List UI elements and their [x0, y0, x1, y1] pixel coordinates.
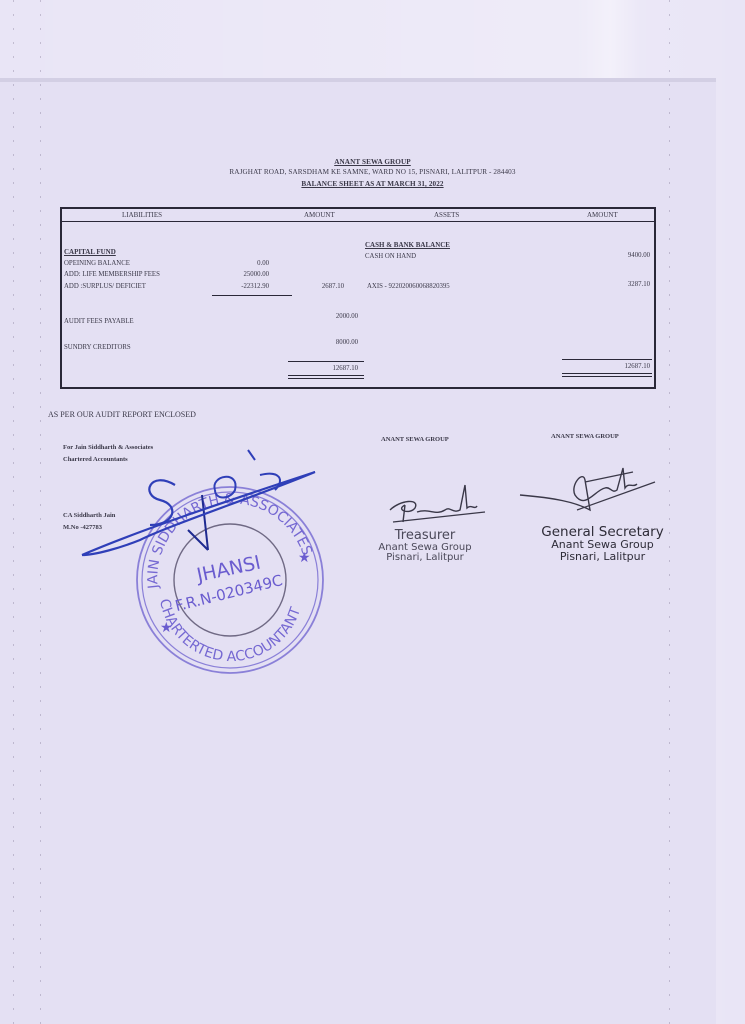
scan-edge-dots	[13, 0, 14, 1024]
opening-balance-label: OPEINING BALANCE	[64, 260, 130, 267]
secretary-title: General Secretary	[535, 525, 670, 539]
total-topline-left	[288, 361, 364, 362]
treasurer-line3: Pisnari, Lalitpur	[370, 553, 480, 564]
scan-edge-dots	[669, 0, 670, 1024]
membership-label: ADD: LIFE MEMBERSHIP FEES	[64, 271, 160, 278]
capital-fund-total: 2687.10	[302, 283, 344, 290]
capital-fund-title: CAPITAL FUND	[64, 248, 116, 256]
header-liabilities: LIABILITIES	[122, 211, 162, 219]
audit-fees-label: AUDIT FEES PAYABLE	[64, 318, 134, 325]
treasurer-stamp-label: Treasurer Anant Sewa Group Pisnari, Lali…	[370, 529, 480, 564]
audit-fees-value: 2000.00	[302, 313, 358, 320]
sundry-creditors-value: 8000.00	[302, 339, 358, 346]
total-double-underline-left	[288, 375, 364, 379]
treasurer-title: Treasurer	[370, 529, 480, 543]
cash-on-hand-value: 9400.00	[582, 252, 650, 259]
secretary-org: ANANT SEWA GROUP	[551, 433, 619, 440]
subtotal-underline	[212, 295, 292, 296]
opening-balance-value: 0.00	[212, 260, 269, 267]
scan-edge-dots	[40, 0, 41, 1024]
header-assets: ASSETS	[434, 211, 459, 219]
balance-sheet-table: LIABILITIES AMOUNT ASSETS AMOUNT CAPITAL…	[60, 207, 656, 389]
axis-bank-label: AXIS - 922020060068820395	[367, 283, 450, 290]
org-title: ANANT SEWA GROUP	[0, 158, 745, 166]
surplus-label: ADD :SURPLUS/ DEFICIET	[64, 283, 146, 290]
membership-value: 25000.00	[212, 271, 269, 278]
treasurer-signature	[385, 480, 495, 530]
assets-total: 12687.10	[582, 363, 650, 370]
total-double-underline-right	[562, 373, 652, 377]
secretary-line2: Anant Sewa Group	[535, 539, 670, 551]
document-subtitle: BALANCE SHEET AS AT MARCH 31, 2022	[0, 180, 745, 188]
org-address: RAJGHAT ROAD, SARSDHAM KE SAMNE, WARD NO…	[0, 168, 745, 176]
audit-note: AS PER OUR AUDIT REPORT ENCLOSED	[48, 410, 196, 419]
sundry-creditors-label: SUNDRY CREDITORS	[64, 344, 131, 351]
stamp-star-icon: ★	[160, 621, 173, 636]
cash-bank-title: CASH & BANK BALANCE	[365, 241, 450, 249]
secretary-stamp-label: General Secretary Anant Sewa Group Pisna…	[535, 525, 670, 562]
treasurer-org: ANANT SEWA GROUP	[381, 436, 449, 443]
secretary-signature	[515, 460, 665, 520]
surplus-value: -22312.90	[212, 283, 269, 290]
auditor-signature	[80, 440, 330, 570]
secretary-line3: Pisnari, Lalitpur	[535, 551, 670, 563]
header-liab-amount: AMOUNT	[304, 211, 335, 219]
liabilities-total: 12687.10	[302, 365, 358, 372]
cash-on-hand-label: CASH ON HAND	[365, 253, 416, 260]
axis-bank-value: 3287.10	[582, 281, 650, 288]
table-header-row: LIABILITIES AMOUNT ASSETS AMOUNT	[62, 209, 654, 222]
header-asset-amount: AMOUNT	[587, 211, 618, 219]
total-topline-right	[562, 359, 652, 360]
